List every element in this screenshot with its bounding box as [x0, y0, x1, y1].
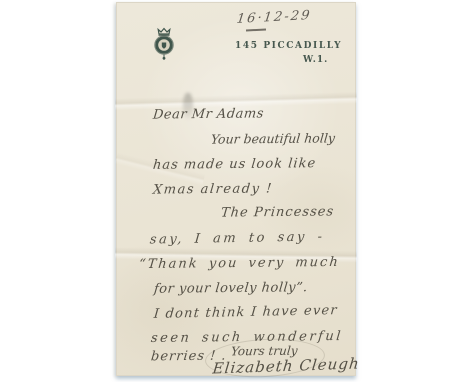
- body-line: “Thank you very much: [138, 255, 340, 272]
- body-line: say, I am to say -: [149, 229, 325, 247]
- body-line: has made us look like: [152, 156, 317, 173]
- body-line: Xmas already !: [152, 181, 273, 197]
- salutation-line: Dear Mr Adams: [152, 106, 264, 122]
- letter-paper: 16·12-29 145 PICCADILLY W.1. Dear Mr Ada…: [116, 2, 356, 376]
- royal-crest-icon: [151, 27, 177, 61]
- handwritten-date: 16·12-29: [236, 8, 313, 27]
- signature: Elizabeth Cleugh: [212, 354, 361, 377]
- letterhead-district: W.1.: [303, 55, 328, 65]
- body-line: The Princesses: [220, 204, 335, 220]
- letterhead-address: 145 PICCADILLY: [235, 41, 327, 51]
- date-underline-mark: [246, 28, 266, 31]
- body-line: Your beautiful holly: [210, 130, 335, 146]
- letter-photo: 16·12-29 145 PICCADILLY W.1. Dear Mr Ada…: [0, 0, 468, 382]
- body-line: for your lovely holly”.: [153, 280, 308, 297]
- body-line: I dont think I have ever: [153, 303, 338, 322]
